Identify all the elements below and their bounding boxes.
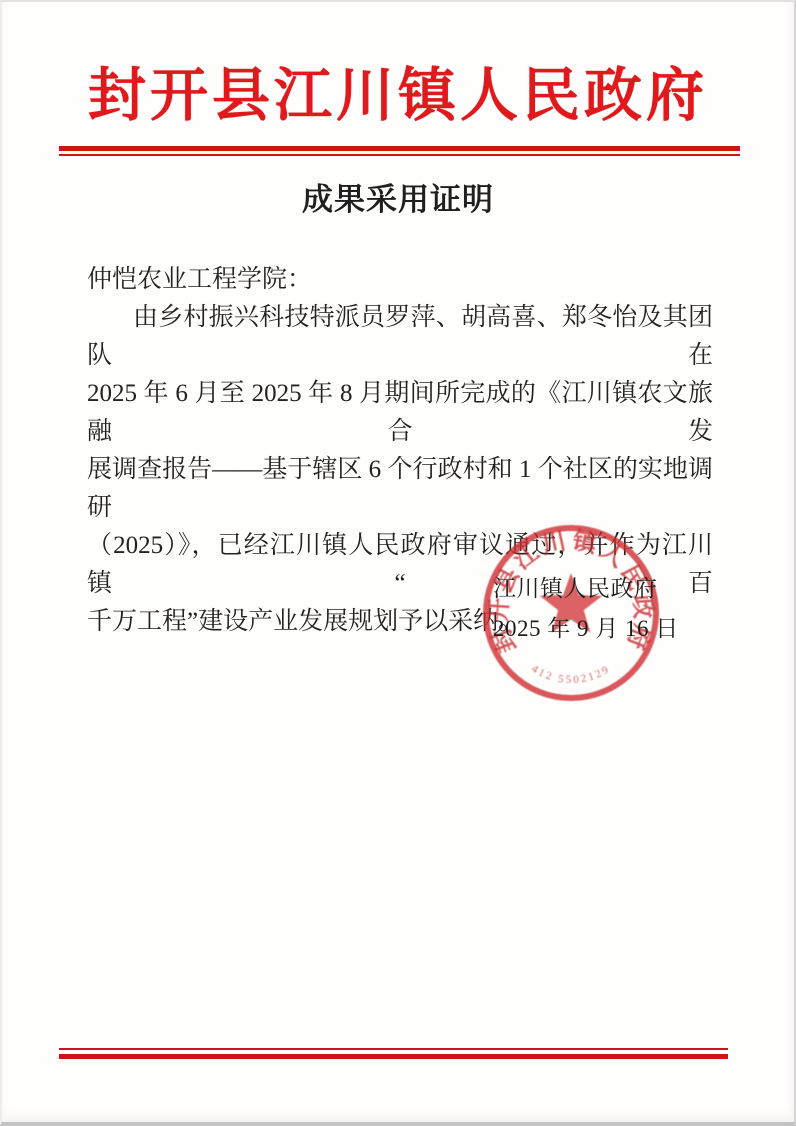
signature-organization: 江川镇人民政府 <box>493 576 679 602</box>
footer-double-rule <box>59 1048 728 1059</box>
body-line: 2025 年 6 月至 2025 年 8 月期间所完成的《江川镇农文旅融合发 <box>87 375 713 451</box>
body-line: 展调查报告——基于辖区 6 个行政村和 1 个社区的实地调研 <box>87 451 713 527</box>
header-rule-thin <box>59 154 740 156</box>
document-title: 成果采用证明 <box>2 174 794 219</box>
footer-rule-thick <box>59 1054 728 1059</box>
signature-block: 江川镇人民政府 2025 年 9 月 16 日 <box>493 576 679 642</box>
header-double-rule <box>59 146 740 156</box>
letterhead-title: 封开县江川镇人民政府 <box>2 48 794 132</box>
salutation: 仲恺农业工程学院： <box>87 261 713 299</box>
body-line: 由乡村振兴科技特派员罗萍、胡高喜、郑冬怡及其团队在 <box>87 299 713 375</box>
signature-date: 2025 年 9 月 16 日 <box>493 616 679 642</box>
scanned-certificate-page: 封开县江川镇人民政府 成果采用证明 仲恺农业工程学院： 由乡村振兴科技特派员罗萍… <box>0 0 796 1126</box>
